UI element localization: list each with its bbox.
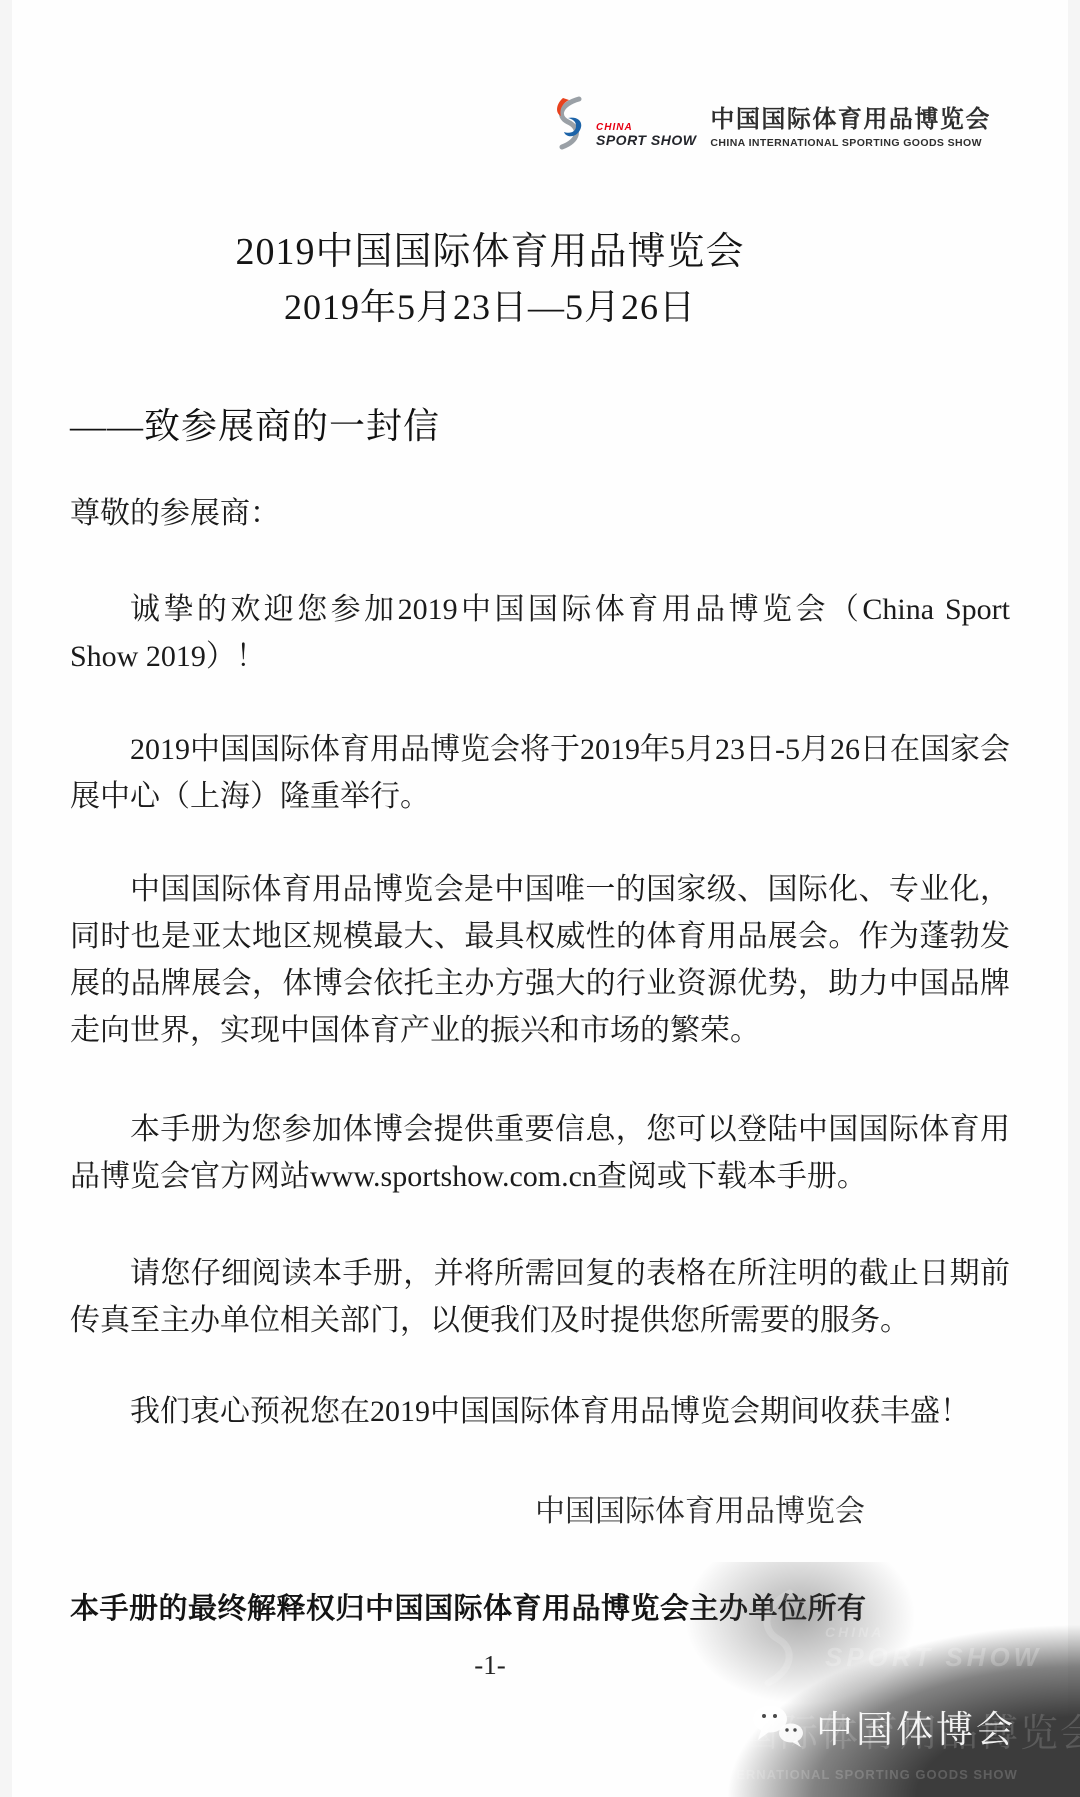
body-paragraph: 中国国际体育用品博览会是中国唯一的国家级、国际化、专业化，同时也是亚太地区规模最… bbox=[70, 866, 1010, 1054]
body-paragraph: 我们衷心预祝您在2019中国国际体育用品博览会期间收获丰盛！ bbox=[70, 1388, 1010, 1435]
wechat-icon bbox=[750, 1703, 806, 1749]
logo-title-block: 中国国际体育用品博览会 CHINA INTERNATIONAL SPORTING… bbox=[710, 106, 991, 150]
greeting: 尊敬的参展商： bbox=[70, 494, 280, 534]
disclaimer: 本手册的最终解释权归中国国际体育用品博览会主办单位所有 bbox=[70, 1586, 867, 1627]
page-number: -1- bbox=[0, 1650, 980, 1681]
title-block: 2019中国国际体育用品博览会 2019年5月23日—5月26日 bbox=[0, 228, 980, 330]
wechat-badge: 中国体博会 bbox=[750, 1699, 1016, 1753]
document-dates: 2019年5月23日—5月26日 bbox=[0, 284, 980, 330]
body-paragraph: 本手册为您参加体博会提供重要信息，您可以登陆中国国际体育用品博览会官方网站www… bbox=[70, 1106, 1010, 1200]
logo-brand-text: CHINA SPORT SHOW bbox=[596, 122, 696, 148]
document-title: 2019中国国际体育用品博览会 bbox=[0, 228, 980, 276]
section-heading: ——致参展商的一封信 bbox=[70, 398, 440, 449]
body-paragraph: 请您仔细阅读本手册，并将所需回复的表格在所注明的截止日期前传真至主办单位相关部门… bbox=[70, 1250, 1010, 1344]
signature: 中国国际体育用品博览会 bbox=[535, 1486, 865, 1530]
logo: CHINA SPORT SHOW 中国国际体育用品博览会 CHINA INTER… bbox=[548, 96, 991, 150]
logo-title-cn: 中国国际体育用品博览会 bbox=[710, 106, 991, 134]
logo-title-en: CHINA INTERNATIONAL SPORTING GOODS SHOW bbox=[710, 136, 991, 150]
ghost-title-cn: 中国国际体育用品博览会 bbox=[660, 1702, 1080, 1757]
letter-page: CHINA SPORT SHOW 中国国际体育用品博览会 CHINA INTER… bbox=[0, 0, 1080, 1797]
body-paragraph: 诚挚的欢迎您参加2019中国国际体育用品博览会（China Sport Show… bbox=[70, 586, 1010, 680]
logo-brand-sportshow: SPORT SHOW bbox=[596, 133, 696, 148]
wechat-badge-label: 中国体博会 bbox=[816, 1699, 1016, 1753]
page-edge-right bbox=[1068, 0, 1080, 1797]
ghost-title-en: CHINA INTERNATIONAL SPORTING GOODS SHOW bbox=[662, 1767, 1080, 1782]
body-paragraph: 2019中国国际体育用品博览会将于2019年5月23日-5月26日在国家会展中心… bbox=[70, 726, 1010, 820]
china-sport-show-logo-icon bbox=[548, 96, 594, 150]
